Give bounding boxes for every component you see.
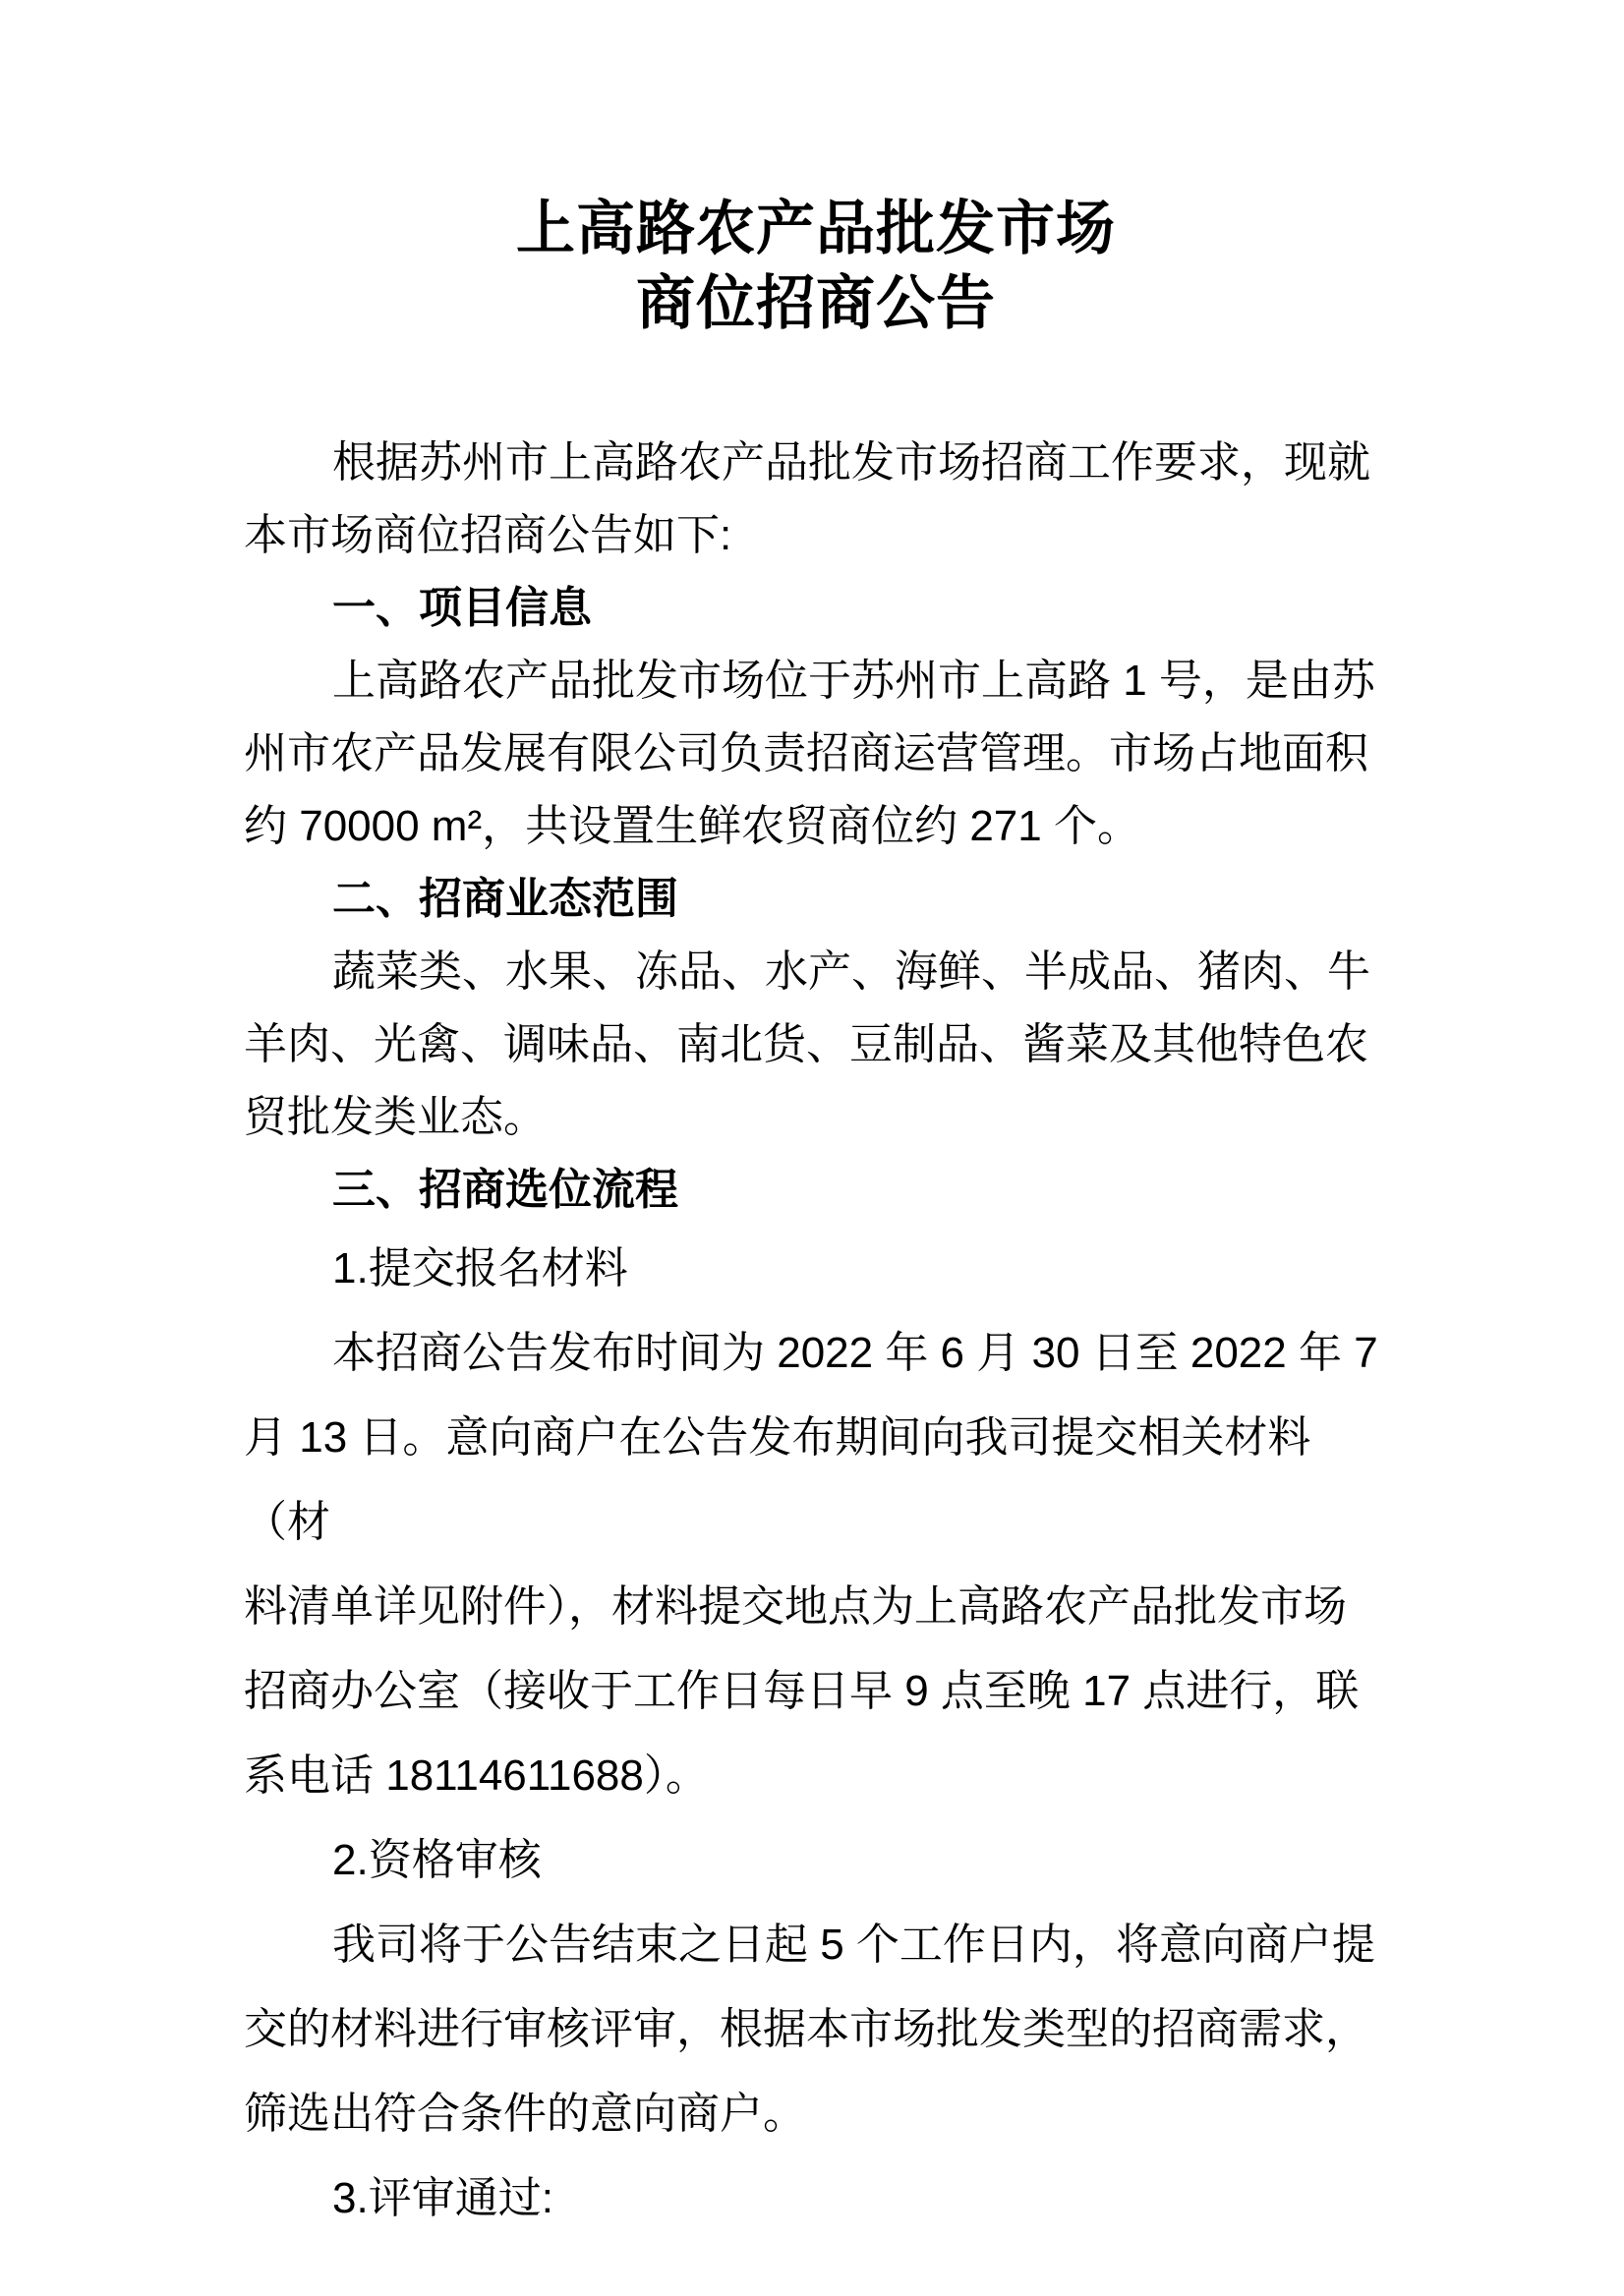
step-2-label: 2.资格审核 — [244, 1818, 1388, 1903]
section-heading-2: 二、招商业态范围 — [244, 863, 1388, 936]
section-heading-3: 三、招商选位流程 — [244, 1154, 1388, 1227]
paragraph-line: 交的材料进行审核评审，根据本市场批发类型的招商需求， — [244, 1987, 1388, 2072]
step-1-label: 1.提交报名材料 — [244, 1227, 1388, 1311]
document-page: 上高路农产品批发市场 商位招商公告 根据苏州市上高路农产品批发市场招商工作要求，… — [0, 0, 1624, 2296]
paragraph-line: 本招商公告发布时间为 2022 年 6 月 30 日至 2022 年 7 — [244, 1311, 1388, 1396]
paragraph-line: 月 13 日。意向商户在公告发布期间向我司提交相关材料（材 — [244, 1396, 1388, 1565]
document-title-line2: 商位招商公告 — [244, 266, 1388, 341]
paragraph-line: 根据苏州市上高路农产品批发市场招商工作要求，现就 — [244, 427, 1388, 499]
paragraph-line: 招商办公室（接收于工作日每日早 9 点至晚 17 点进行，联 — [244, 1649, 1388, 1734]
document-title-line1: 上高路农产品批发市场 — [244, 192, 1388, 266]
paragraph-line: 本市场商位招商公告如下: — [244, 499, 1388, 572]
paragraph-line: 料清单详见附件），材料提交地点为上高路农产品批发市场 — [244, 1565, 1388, 1649]
document-body: 根据苏州市上高路农产品批发市场招商工作要求，现就 本市场商位招商公告如下: 一、… — [244, 427, 1388, 2241]
paragraph-line: 贸批发类业态。 — [244, 1081, 1388, 1154]
document-title: 上高路农产品批发市场 商位招商公告 — [244, 192, 1388, 341]
paragraph-line: 羊肉、光禽、调味品、南北货、豆制品、酱菜及其他特色农 — [244, 1008, 1388, 1081]
section-heading-1: 一、项目信息 — [244, 572, 1388, 645]
document-content: 上高路农产品批发市场 商位招商公告 根据苏州市上高路农产品批发市场招商工作要求，… — [0, 0, 1624, 2241]
paragraph-line: 筛选出符合条件的意向商户。 — [244, 2072, 1388, 2156]
document-body-lower: 1.提交报名材料 本招商公告发布时间为 2022 年 6 月 30 日至 202… — [244, 1227, 1388, 2241]
paragraph-line: 蔬菜类、水果、冻品、水产、海鲜、半成品、猪肉、牛 — [244, 936, 1388, 1008]
paragraph-line: 州市农产品发展有限公司负责招商运营管理。市场占地面积 — [244, 717, 1388, 790]
step-3-label: 3.评审通过: — [244, 2156, 1388, 2241]
paragraph-line: 系电话 18114611688）。 — [244, 1734, 1388, 1818]
paragraph-line: 我司将于公告结束之日起 5 个工作日内，将意向商户提 — [244, 1903, 1388, 1987]
paragraph-line: 上高路农产品批发市场位于苏州市上高路 1 号，是由苏 — [244, 645, 1388, 717]
paragraph-line: 约 70000 m²，共设置生鲜农贸商位约 271 个。 — [244, 790, 1388, 863]
document-body-upper: 根据苏州市上高路农产品批发市场招商工作要求，现就 本市场商位招商公告如下: 一、… — [244, 427, 1388, 1227]
